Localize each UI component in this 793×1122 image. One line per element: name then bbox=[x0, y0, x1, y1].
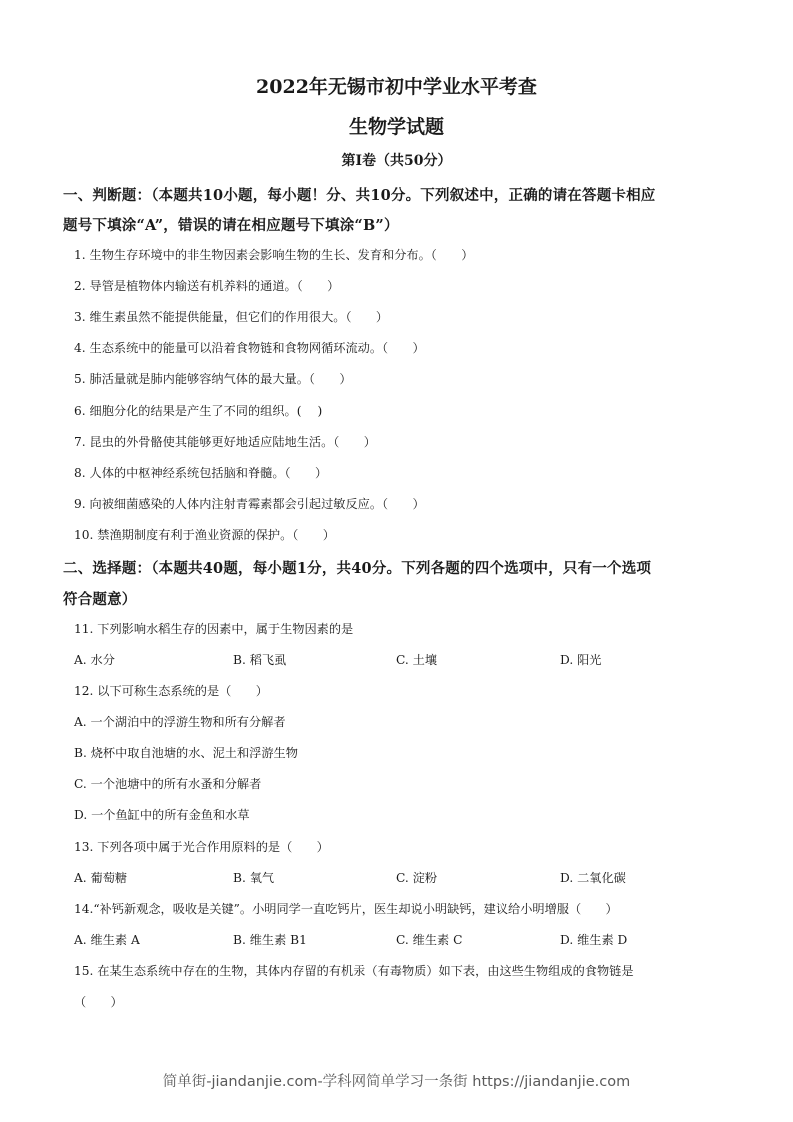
exam-title: 2022年无锡市初中学业水平考查 bbox=[0, 72, 793, 99]
question-6: 6. 细胞分化的结果是产生了不同的组织。( ) bbox=[74, 402, 322, 419]
question-2: 2. 导管是植物体内输送有机养料的通道。（ ） bbox=[74, 277, 339, 294]
question-13: 13. 下列各项中属于光合作用原料的是（ ） bbox=[74, 838, 329, 855]
q11-option-b: B. 稻飞虱 bbox=[233, 651, 286, 668]
volume-label: 第Ⅰ卷（共50分） bbox=[0, 150, 793, 170]
q11-option-d: D. 阳光 bbox=[560, 651, 601, 668]
question-8: 8. 人体的中枢神经系统包括脑和脊髓。（ ） bbox=[74, 464, 327, 481]
q12-option-a: A. 一个湖泊中的浮游生物和所有分解者 bbox=[74, 713, 286, 730]
question-5: 5. 肺活量就是肺内能够容纳气体的最大量。（ ） bbox=[74, 370, 352, 387]
q12-option-c: C. 一个池塘中的所有水蚤和分解者 bbox=[74, 775, 261, 792]
q14-option-a: A. 维生素 A bbox=[74, 931, 140, 948]
q14-option-d: D. 维生素 D bbox=[560, 931, 627, 948]
q11-option-a: A. 水分 bbox=[74, 651, 115, 668]
question-12: 12. 以下可称生态系统的是（ ） bbox=[74, 682, 268, 699]
question-14: 14.“补钙新观念，吸收是关键”。小明同学一直吃钙片，医生却说小明缺钙，建议给小… bbox=[74, 900, 618, 917]
q14-option-c: C. 维生素 C bbox=[396, 931, 462, 948]
section1-heading: 一、判断题：（本题共10小题，每小题！分、共10分。下列叙述中，正确的请在答题卡… bbox=[63, 184, 656, 205]
question-9: 9. 向被细菌感染的人体内注射青霉素都会引起过敏反应。（ ） bbox=[74, 495, 425, 512]
q13-option-d: D. 二氧化碳 bbox=[560, 869, 626, 886]
footer-watermark: 简单街-jiandanjie.com-学科网简单学习一条街 https://ji… bbox=[0, 1070, 793, 1091]
question-15-cont: （ ） bbox=[74, 993, 123, 1010]
section2-heading: 二、选择题：（本题共40题，每小题1分，共40分。下列各题的四个选项中，只有一个… bbox=[63, 557, 651, 578]
q13-option-a: A. 葡萄糖 bbox=[74, 869, 127, 886]
section1-heading-cont: 题号下填涂“A”，错误的请在相应题号下填涂“B”） bbox=[63, 214, 399, 235]
q12-option-d: D. 一个鱼缸中的所有金鱼和水草 bbox=[74, 806, 250, 823]
exam-subject: 生物学试题 bbox=[0, 112, 793, 139]
q13-option-c: C. 淀粉 bbox=[396, 869, 437, 886]
q13-option-b: B. 氧气 bbox=[233, 869, 274, 886]
question-1: 1. 生物生存环境中的非生物因素会影响生物的生长、发育和分布。（ ） bbox=[74, 246, 473, 263]
q11-option-c: C. 土壤 bbox=[396, 651, 437, 668]
question-7: 7. 昆虫的外骨骼使其能够更好地适应陆地生活。（ ） bbox=[74, 433, 376, 450]
section2-heading-cont: 符合题意） bbox=[63, 588, 137, 609]
q12-option-b: B. 烧杯中取自池塘的水、泥土和浮游生物 bbox=[74, 744, 298, 761]
question-11: 11. 下列影响水稻生存的因素中，属于生物因素的是 bbox=[74, 620, 353, 637]
q14-option-b: B. 维生素 B1 bbox=[233, 931, 307, 948]
question-4: 4. 生态系统中的能量可以沿着食物链和食物网循环流动。（ ） bbox=[74, 339, 425, 356]
question-10: 10. 禁渔期制度有利于渔业资源的保护。（ ） bbox=[74, 526, 335, 543]
question-15: 15. 在某生态系统中存在的生物，其体内存留的有机汞（有毒物质）如下表，由这些生… bbox=[74, 962, 634, 979]
question-3: 3. 维生素虽然不能提供能量，但它们的作用很大。（ ） bbox=[74, 308, 388, 325]
